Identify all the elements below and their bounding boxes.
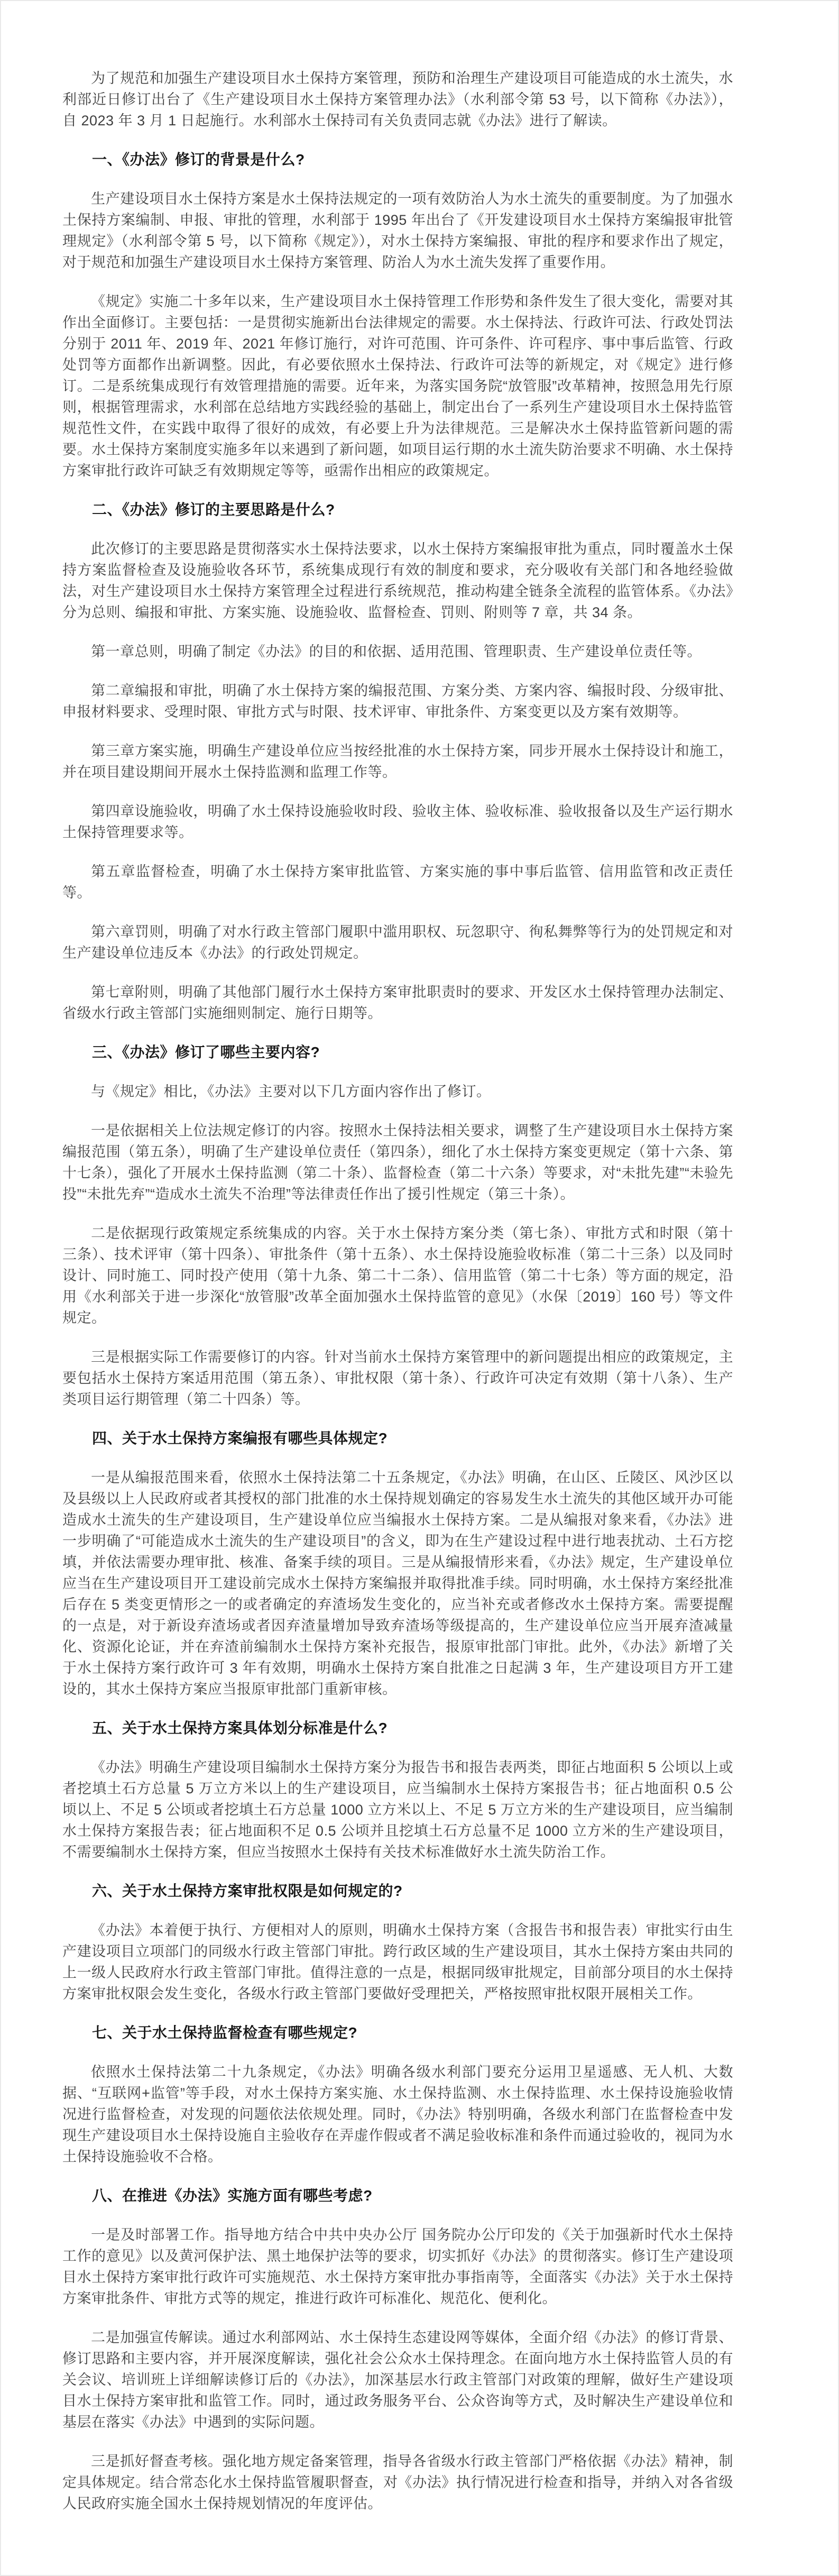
section-8-paragraph-2: 二是加强宣传解读。通过水利部网站、水土保持生态建设网等媒体，全面介绍《办法》的修… [62,2327,733,2433]
section-1-paragraph-1: 生产建设项目水土保持方案是水土保持法规定的一项有效防治人为水土流失的重要制度。为… [62,188,733,273]
section-heading-7: 七、关于水土保持监督检查有哪些规定? [62,2022,733,2043]
section-2-paragraph-8: 第七章附则，明确了其他部门履行水土保持方案审批职责时的要求、开发区水土保持管理办… [62,982,733,1024]
section-2-paragraph-2: 第一章总则，明确了制定《办法》的目的和依据、适用范围、管理职责、生产建设单位责任… [62,641,733,662]
section-3-paragraph-1: 与《规定》相比，《办法》主要对以下几方面内容作出了修订。 [62,1081,733,1102]
section-8-paragraph-1: 一是及时部署工作。指导地方结合中共中央办公厅 国务院办公厅印发的《关于加强新时代… [62,2224,733,2309]
section-3-paragraph-2: 一是依据相关上位法规定修订的内容。按照水土保持法相关要求，调整了生产建设项目水土… [62,1120,733,1205]
section-3-paragraph-3: 二是依据现行政策规定系统集成的内容。关于水土保持方案分类（第七条）、审批方式和时… [62,1223,733,1328]
section-1-paragraph-2: 《规定》实施二十多年以来，生产建设项目水土保持管理工作形势和条件发生了很大变化，… [62,291,733,481]
sections-container: 一、《办法》修订的背景是什么?生产建设项目水土保持方案是水土保持法规定的一项有效… [62,149,733,2514]
section-heading-2: 二、《办法》修订的主要思路是什么? [62,499,733,520]
intro-paragraph: 为了规范和加强生产建设项目水土保持方案管理，预防和治理生产建设项目可能造成的水土… [62,68,733,131]
section-heading-4: 四、关于水土保持方案编报有哪些具体规定? [62,1428,733,1449]
section-7-paragraph-1: 依照水土保持法第二十九条规定，《办法》明确各级水利部门要充分运用卫星遥感、无人机… [62,2061,733,2167]
section-2-paragraph-5: 第四章设施验收，明确了水土保持设施验收时段、验收主体、验收标准、验收报备以及生产… [62,801,733,843]
section-2-paragraph-3: 第二章编报和审批，明确了水土保持方案的编报范围、方案分类、方案内容、编报时段、分… [62,680,733,722]
section-heading-6: 六、关于水土保持方案审批权限是如何规定的? [62,1881,733,1902]
section-3-paragraph-4: 三是根据实际工作需要修订的内容。针对当前水土保持方案管理中的新问题提出相应的政策… [62,1346,733,1410]
section-4-paragraph-1: 一是从编报范围来看，依照水土保持法第二十五条规定，《办法》明确，在山区、丘陵区、… [62,1467,733,1700]
section-5-paragraph-1: 《办法》明确生产建设项目编制水土保持方案分为报告书和报告表两类，即征占地面积 5… [62,1757,733,1863]
section-heading-5: 五、关于水土保持方案具体划分标准是什么? [62,1718,733,1739]
section-heading-3: 三、《办法》修订了哪些主要内容? [62,1042,733,1063]
section-2-paragraph-1: 此次修订的主要思路是贯彻落实水土保持法要求，以水土保持方案编报审批为重点，同时覆… [62,538,733,623]
section-6-paragraph-1: 《办法》本着便于执行、方便相对人的原则，明确水土保持方案（含报告书和报告表）审批… [62,1920,733,2004]
document-page: 为了规范和加强生产建设项目水土保持方案管理，预防和治理生产建设项目可能造成的水土… [0,0,839,2576]
section-heading-1: 一、《办法》修订的背景是什么? [62,149,733,170]
section-heading-8: 八、在推进《办法》实施方面有哪些考虑? [62,2185,733,2206]
section-8-paragraph-3: 三是抓好督查考核。强化地方规定备案管理，指导各省级水行政主管部门严格依据《办法》… [62,2451,733,2514]
section-2-paragraph-6: 第五章监督检查，明确了水土保持方案审批监管、方案实施的事中事后监管、信用监管和改… [62,861,733,903]
section-2-paragraph-4: 第三章方案实施，明确生产建设单位应当按经批准的水土保持方案，同步开展水土保持设计… [62,740,733,783]
section-2-paragraph-7: 第六章罚则，明确了对水行政主管部门履职中滥用职权、玩忽职守、徇私舞弊等行为的处罚… [62,921,733,964]
